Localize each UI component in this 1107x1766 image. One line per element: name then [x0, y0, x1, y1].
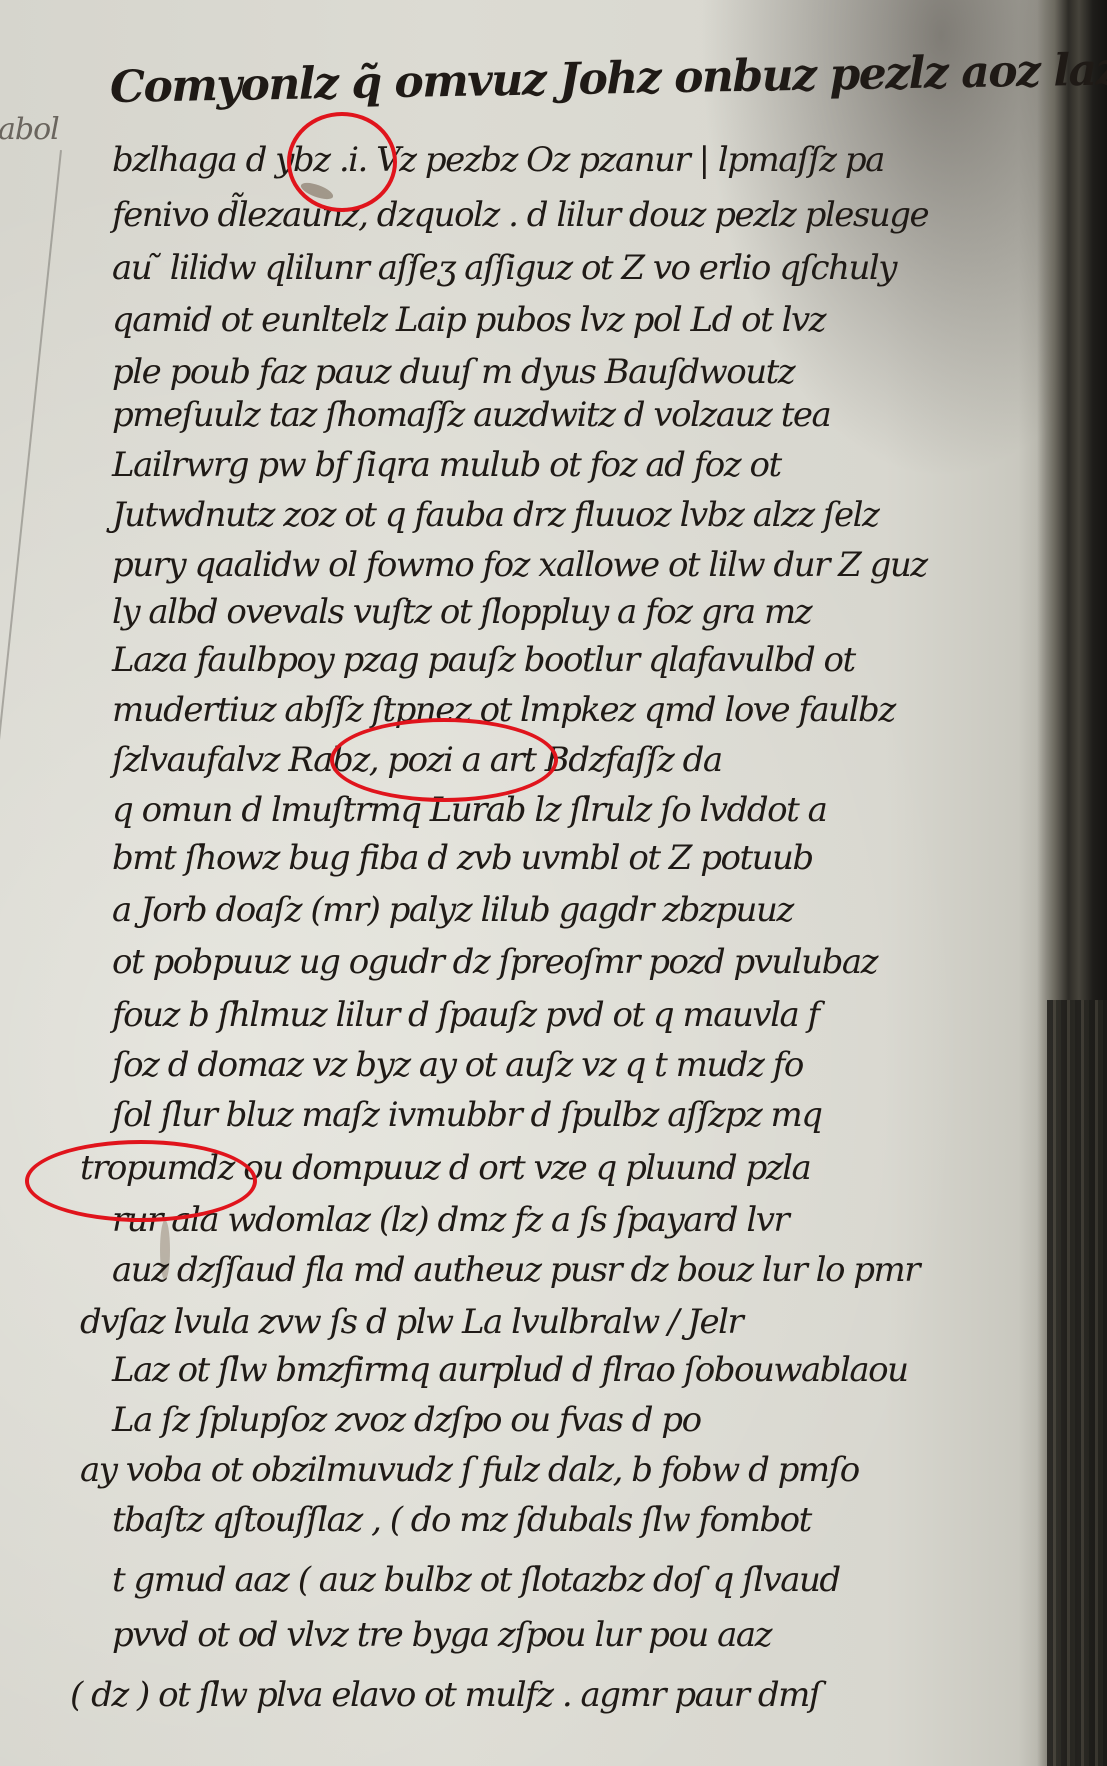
text-line: a Jorb doaſz (mr) palyz lilub gagdr zbzp… [112, 890, 793, 930]
manuscript-page: abol Comyonlz q̃ omvuz Johz onbuz pezlz … [0, 0, 1107, 1766]
text-line: ple poub faz pauz duuſ m dyus Bauſdwoutz [112, 352, 794, 392]
text-line: La ſz ſplupſoz zvoz dzſpo ou fvas d po [112, 1400, 701, 1440]
text-line: au ̃ lilidw qlilunr aſſeʒ aſſiguz ot Z v… [112, 248, 896, 288]
annotation-circle-3 [25, 1140, 257, 1222]
text-line: qamid ot eunltelz Laip pubos lvz pol Ld … [112, 300, 825, 340]
text-line: fouz b ſhlmuz lilur d ſpauſz pvd ot q ma… [112, 995, 819, 1035]
text-line: dvſaz lvula zvw ſs d plw La lvulbralw / … [80, 1302, 742, 1342]
text-line: Laza faulbpoy pzag pauſz bootlur qlafavu… [112, 640, 855, 680]
text-line: tbaſtz qſtouſſlaz , ( do mz ſdubals ſlw … [112, 1500, 811, 1540]
text-line: t gmud aaz ( auz bulbz ot ſlotazbz doſ q… [112, 1560, 840, 1600]
text-line: Comyonlz q̃ omvuz Johz onbuz pezlz aoz l… [110, 43, 1107, 113]
text-line: ot pobpuuz ug ogudr dz ſpreoſmr pozd pvu… [112, 942, 877, 982]
text-line: fenivo d̃lezaunz, dzquolz . d lilur douz… [112, 195, 928, 235]
text-line: pmeſuulz taz ſhomaſſz auzdwitz d volzauz… [112, 395, 830, 435]
text-line: Laz ot ſlw bmzfirmq aurplud d flrao ſobo… [112, 1350, 908, 1390]
annotation-circle-2 [330, 718, 558, 802]
text-line: ly albd ovevals vuſtz ot ſloppluy a foz … [112, 592, 811, 632]
annotation-circle-1 [287, 112, 397, 212]
text-line: ( dz ) ot ſlw plva elavo ot mulfz . agmr… [70, 1675, 820, 1715]
text-line: bzlhaga d ybz .i. Vz pezbz Oz pzanur | l… [112, 140, 884, 180]
text-line: bmt ſhowz bug fiba d zvb uvmbl ot Z potu… [112, 838, 813, 878]
text-line: ſol ſlur bluz maſz ivmubbr d ſpulbz aſſz… [112, 1095, 822, 1135]
text-line: pvvd ot od vlvz tre byga zſpou lur pou a… [112, 1615, 771, 1655]
text-line: pury qaalidw ol fowmo foz xallowe ot lil… [112, 545, 927, 585]
manuscript-text: Comyonlz q̃ omvuz Johz onbuz pezlz aoz l… [0, 0, 1107, 1766]
text-line: ay voba ot obzilmuvudz ſ fulz dalz, b fo… [80, 1450, 859, 1490]
text-line: Lailrwrg pw bf ſiqra mulub ot foz ad foz… [112, 445, 781, 485]
text-line: ſoz d domaz vz byz ay ot auſz vz q t mud… [112, 1045, 803, 1085]
text-line: Jutwdnutz zoz ot q fauba drz fluuoz lvbz… [112, 495, 878, 535]
text-line: auz dzſſaud fla md autheuz pusr dz bouz … [112, 1250, 919, 1290]
